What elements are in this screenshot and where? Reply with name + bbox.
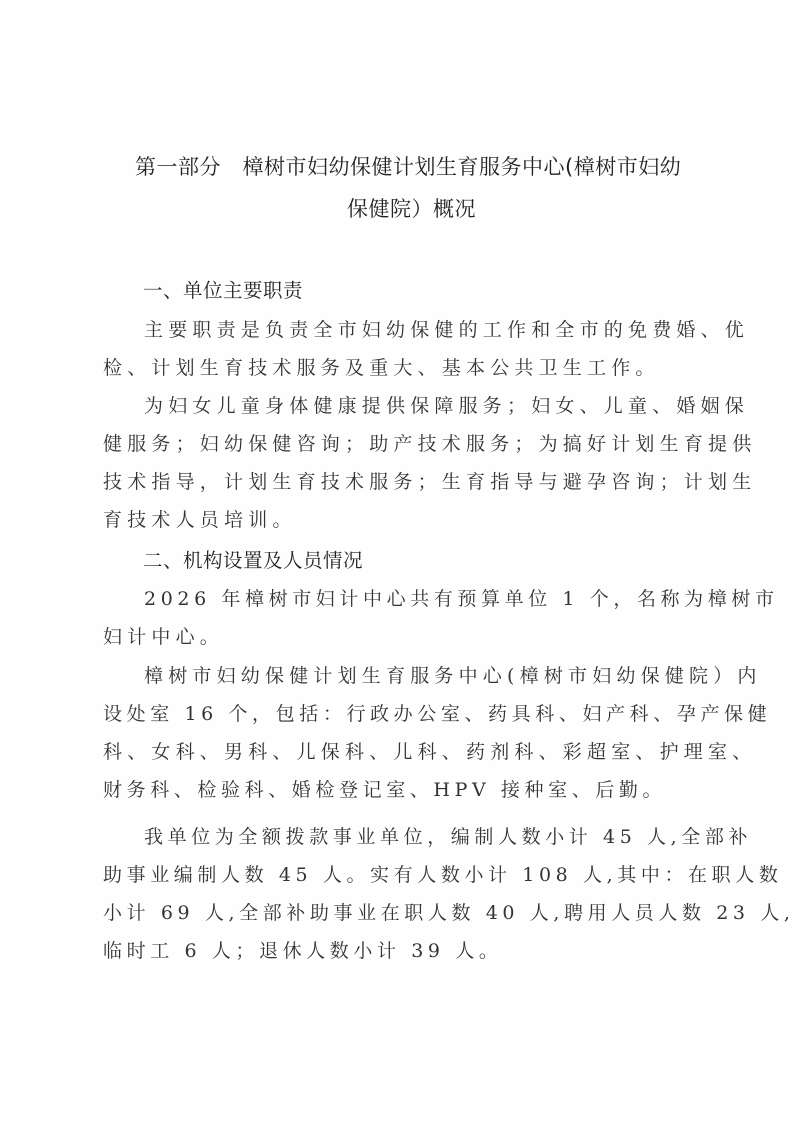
section-heading-responsibilities: 一、单位主要职责 — [143, 275, 303, 303]
page-title-line-1: 第一部分 樟树市妇幼保健计划生育服务中心(樟树市妇幼 — [135, 151, 735, 181]
paragraph-line: 设处室 16 个，包括：行政办公室、药具科、妇产科、孕产保健 — [103, 699, 703, 726]
paragraph-line: 育技术人员培训。 — [103, 505, 703, 532]
paragraph-line: 技术指导，计划生育技术服务；生育指导与避孕咨询；计划生 — [103, 467, 703, 494]
paragraph-line: 临时工 6 人；退休人数小计 39 人。 — [103, 936, 703, 963]
paragraph-line: 2026 年樟树市妇计中心共有预算单位 1 个，名称为樟树市 — [144, 584, 744, 611]
paragraph-line: 科、女科、男科、儿保科、儿科、药剂科、彩超室、护理室、 — [103, 737, 703, 764]
paragraph-line: 我单位为全额拨款事业单位，编制人数小计 45 人,全部补 — [144, 822, 744, 849]
page-title-line-2: 保健院）概况 — [0, 193, 793, 223]
document-page: 第一部分 樟树市妇幼保健计划生育服务中心(樟树市妇幼 保健院）概况 一、单位主要… — [0, 0, 793, 1122]
paragraph-line: 为妇女儿童身体健康提供保障服务；妇女、儿童、婚姻保 — [144, 391, 744, 418]
paragraph-line: 助事业编制人数 45 人。实有人数小计 108 人,其中：在职人数 — [103, 860, 703, 887]
paragraph-line: 健服务；妇幼保健咨询；助产技术服务；为搞好计划生育提供 — [103, 429, 703, 456]
paragraph-line: 樟树市妇幼保健计划生育服务中心(樟树市妇幼保健院）内 — [144, 661, 744, 688]
section-heading-organization: 二、机构设置及人员情况 — [143, 545, 363, 573]
paragraph-line: 妇计中心。 — [103, 622, 703, 649]
paragraph-line: 主要职责是负责全市妇幼保健的工作和全市的免费婚、优 — [144, 315, 744, 342]
paragraph-line: 财务科、检验科、婚检登记室、HPV 接种室、后勤。 — [103, 775, 703, 802]
paragraph-line: 检、计划生育技术服务及重大、基本公共卫生工作。 — [103, 353, 703, 380]
paragraph-line: 小计 69 人,全部补助事业在职人数 40 人,聘用人员人数 23 人, — [103, 898, 703, 925]
